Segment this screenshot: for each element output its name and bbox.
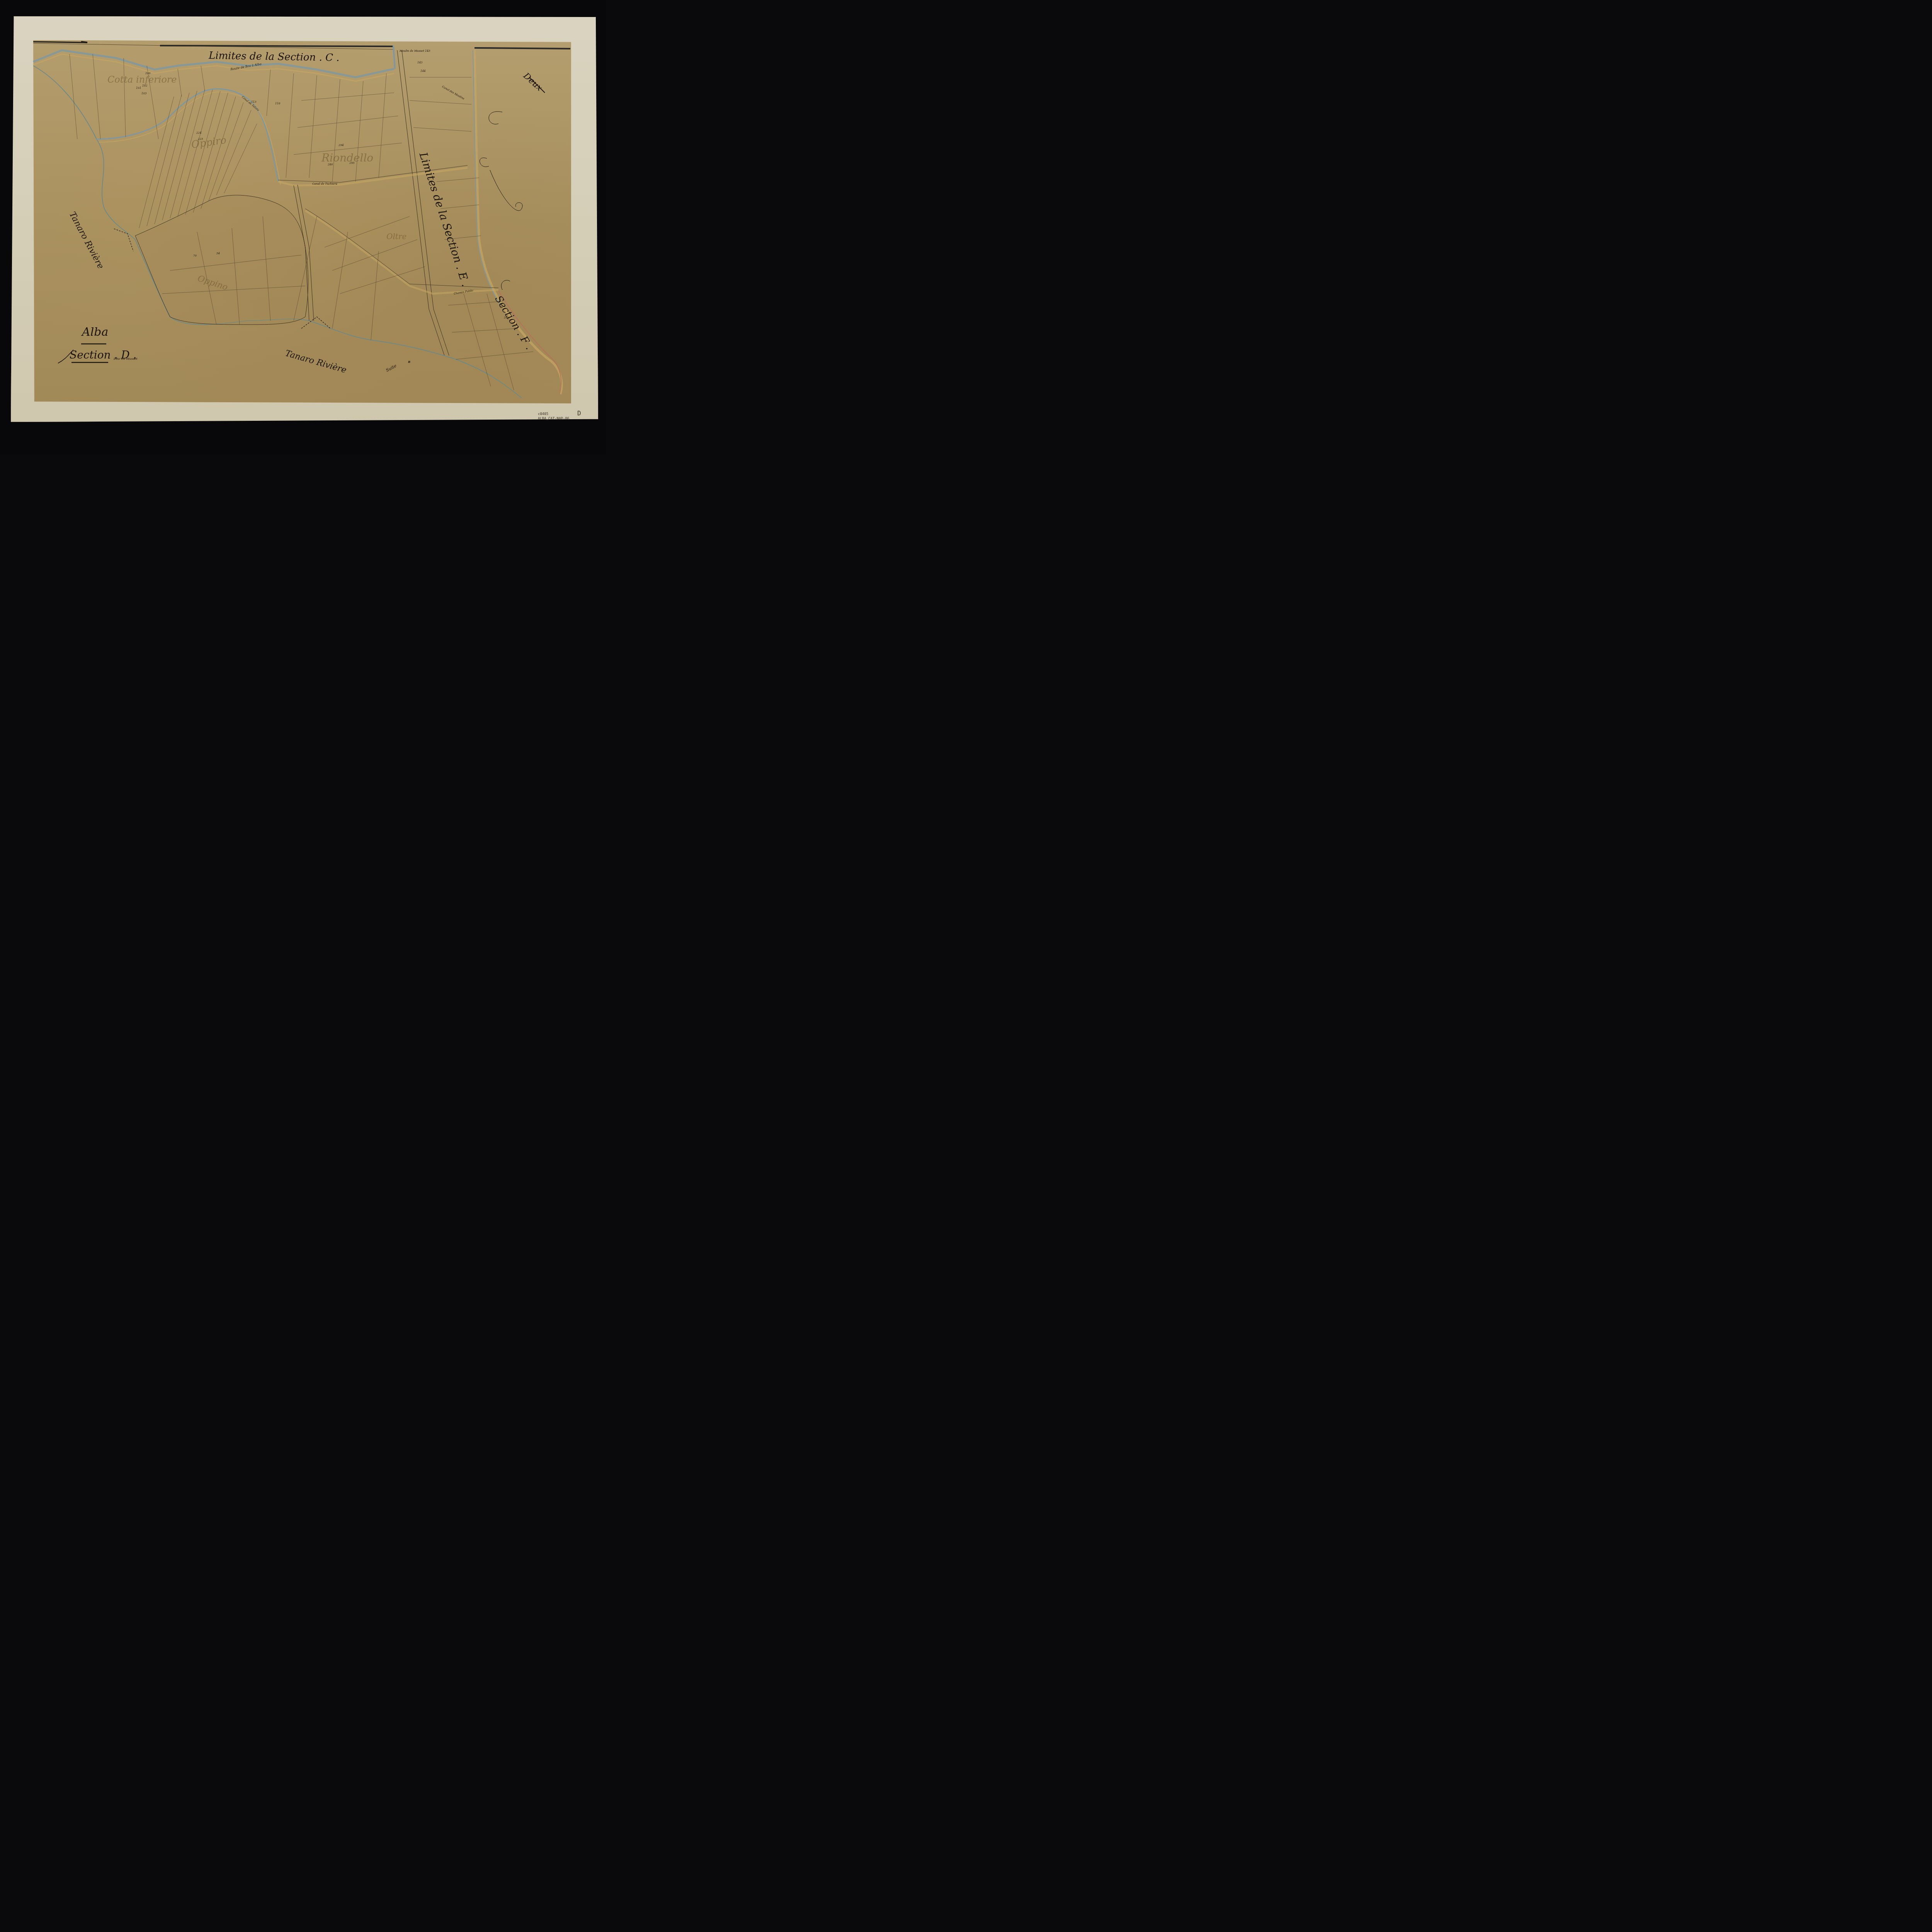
place-riondello: Riondello	[321, 151, 373, 164]
parcel-number: 113	[251, 100, 256, 104]
archive-reference: ALBA_CAT-NAP-06	[538, 417, 569, 421]
archive-code: c0405	[538, 412, 548, 417]
place-oltre: Oltre	[386, 232, 406, 241]
parcel-number: 143	[417, 61, 422, 64]
section-subtitle: Dite du Musset	[114, 357, 138, 361]
scan-background: Limites de la Section . C . Route de Bra…	[0, 0, 606, 454]
parcel-number: 102	[142, 84, 147, 87]
suite-marker-label: B	[408, 360, 410, 364]
archive-section-letter: D	[577, 411, 581, 416]
place-cotta-inferiore: Cotta inferiore	[107, 74, 177, 85]
map-drawing	[0, 0, 606, 454]
parcel-number: 295	[349, 162, 354, 165]
parcel-number: 100	[145, 72, 150, 75]
parcel-number: 54	[216, 252, 220, 255]
parcel-number: 70	[193, 254, 197, 257]
canal-tuchiera-label: Canal de Tuchiera	[312, 182, 337, 185]
parcel-number: 225	[198, 138, 203, 141]
parcel-number: 103	[141, 92, 146, 95]
moulin-label: Moulin de Musset 143	[400, 49, 430, 53]
parcel-number: 101	[136, 87, 141, 90]
parcel-number: 24	[504, 316, 507, 319]
commune-title: Alba	[82, 325, 108, 339]
parcel-number: 144	[420, 70, 425, 73]
parcel-number: 294	[338, 144, 344, 147]
parcel-number: 224	[196, 131, 201, 134]
top-boundary-label: Limites de la Section . C .	[209, 50, 340, 64]
parcel-number: 280	[328, 163, 333, 166]
parcel-number: 116	[275, 102, 280, 105]
parcel-number: 51	[500, 305, 503, 308]
